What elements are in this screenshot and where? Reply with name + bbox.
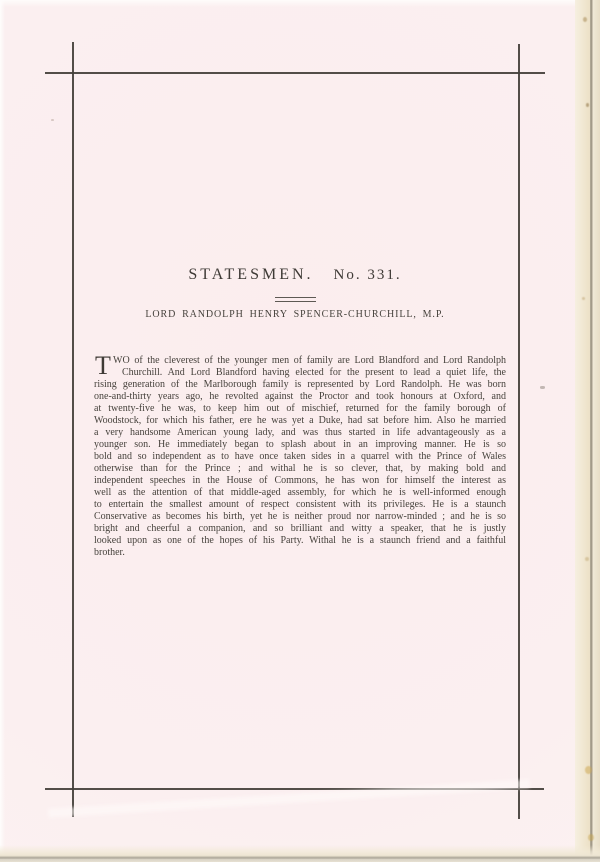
page-title: STATESMEN.No. 331. — [72, 266, 518, 284]
aged-page-edge — [575, 0, 600, 862]
drop-cap: T — [95, 355, 111, 376]
plate-border-left — [72, 42, 74, 817]
scanned-page: STATESMEN.No. 331. LORD RANDOLPH HENRY S… — [0, 0, 600, 862]
paper-fold-streak — [48, 779, 530, 817]
ink-speck — [540, 386, 545, 389]
body-text-line: otherwise than for the Prince ; and with… — [94, 463, 506, 475]
body-paragraph: T WO of the cleverest of the younger men… — [94, 355, 506, 559]
body-text-line: one-and-thirty years ago, he revolted ag… — [94, 391, 506, 403]
body-text-line: Churchill. And Lord Blandford having ele… — [94, 367, 506, 379]
plate-border-top — [45, 72, 545, 74]
portrait-subject-name: LORD RANDOLPH HENRY SPENCER-CHURCHILL, M… — [72, 309, 518, 320]
body-text-line: Conservative as becomes his birth, yet h… — [94, 511, 506, 523]
scan-edge-top — [0, 0, 600, 7]
plate-number: No. 331. — [334, 267, 402, 283]
foxing-spot — [585, 766, 592, 774]
double-rule-divider — [275, 297, 316, 302]
body-text-line: Woodstock, for which his father, ere he … — [94, 415, 506, 427]
body-text-line: at twenty-five he was, to keep him out o… — [94, 403, 506, 415]
foxing-spot — [585, 557, 589, 561]
body-text-line: rising generation of the Marlborough fam… — [94, 379, 506, 391]
body-text-line: bold and so independent as to have once … — [94, 451, 506, 463]
foxing-spot — [582, 297, 585, 300]
body-text-line: a very handsome American young lady, and… — [94, 427, 506, 439]
body-text-line: WO of the cleverest of the younger men o… — [94, 355, 506, 367]
body-text-line: well as the attention of that middle-age… — [94, 487, 506, 499]
foxing-spot — [588, 834, 594, 841]
scan-edge-left — [0, 0, 5, 862]
scan-edge-bottom — [0, 845, 600, 862]
ink-speck — [51, 119, 54, 121]
body-text-line: independent speeches in the House of Com… — [94, 475, 506, 487]
series-title: STATESMEN. — [188, 266, 313, 283]
body-text-line: brother. — [94, 547, 506, 559]
foxing-spot — [583, 17, 587, 22]
body-text-line: bright and cheerful a companion, and so … — [94, 523, 506, 535]
foxing-spot — [586, 103, 589, 107]
body-text-line: younger son. He immediately began to spl… — [94, 439, 506, 451]
plate-border-right — [518, 44, 520, 819]
body-text-line: to entertain the smallest amount of resp… — [94, 499, 506, 511]
masthead: STATESMEN.No. 331. LORD RANDOLPH HENRY S… — [72, 266, 518, 320]
body-text-line: looked upon as one of the hopes of his P… — [94, 535, 506, 547]
